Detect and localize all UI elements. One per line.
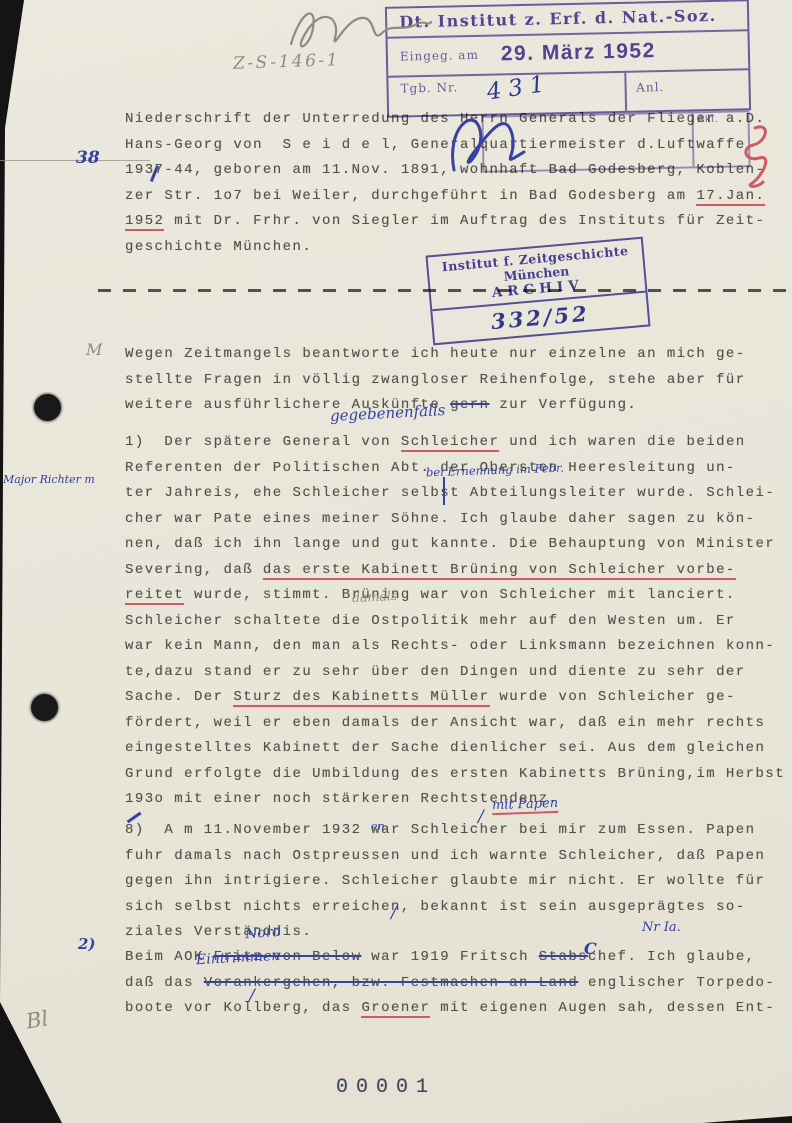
receipt-stamp-tgb-label: Tgb. Nr. bbox=[400, 80, 458, 95]
punch-hole-top bbox=[34, 394, 61, 421]
blue-slash-before-bei: / bbox=[478, 807, 484, 827]
pencil-insert-damals: damals bbox=[352, 588, 398, 605]
blue-margin-section-2: 2) bbox=[78, 935, 96, 953]
archive-stamp: Institut f. Zeitgeschichte München ARCHI… bbox=[425, 237, 650, 346]
blue-insert-mit-papen: mit Papen bbox=[492, 796, 559, 815]
pencil-archive-reference: Z-S-146-1 bbox=[233, 50, 341, 74]
pencil-initials-bottom-left: Bl bbox=[24, 1006, 50, 1033]
red-initials-mark bbox=[733, 122, 785, 192]
blue-margin-major-richter: Major Richter m bbox=[3, 473, 95, 486]
blue-margin-38: 38 bbox=[76, 148, 100, 168]
blue-insert-nr-ia: Nr Ia. bbox=[642, 920, 681, 935]
blue-insert-c: C bbox=[584, 939, 597, 958]
receipt-stamp-anl-label: Anl. bbox=[636, 80, 664, 95]
blue-scribble-on-stamp bbox=[440, 100, 545, 178]
pencil-margin-line bbox=[0, 160, 150, 161]
pencil-margin-m: M bbox=[86, 340, 102, 359]
scanned-document: Niederschrift der Unterredung des Herrn … bbox=[0, 0, 792, 1123]
blue-slash-after-erreichen: / bbox=[391, 903, 397, 923]
receipt-stamp-akt-divider bbox=[691, 113, 695, 166]
blue-insert-nord: Nord bbox=[244, 924, 281, 942]
blue-slash-kollberg: / bbox=[249, 986, 255, 1006]
blue-caret-abteilungsleiter bbox=[443, 477, 445, 505]
receipt-stamp-date: 29. März 1952 bbox=[501, 39, 656, 66]
page-number: 00001 bbox=[336, 1076, 436, 1099]
receipt-stamp-akt-label: Akt. bbox=[697, 114, 718, 125]
section-1-paragraph: 1) Der spätere General von Schleicher un… bbox=[125, 430, 785, 813]
punch-hole-bottom bbox=[31, 694, 58, 721]
blue-insert-en: en bbox=[371, 820, 385, 833]
